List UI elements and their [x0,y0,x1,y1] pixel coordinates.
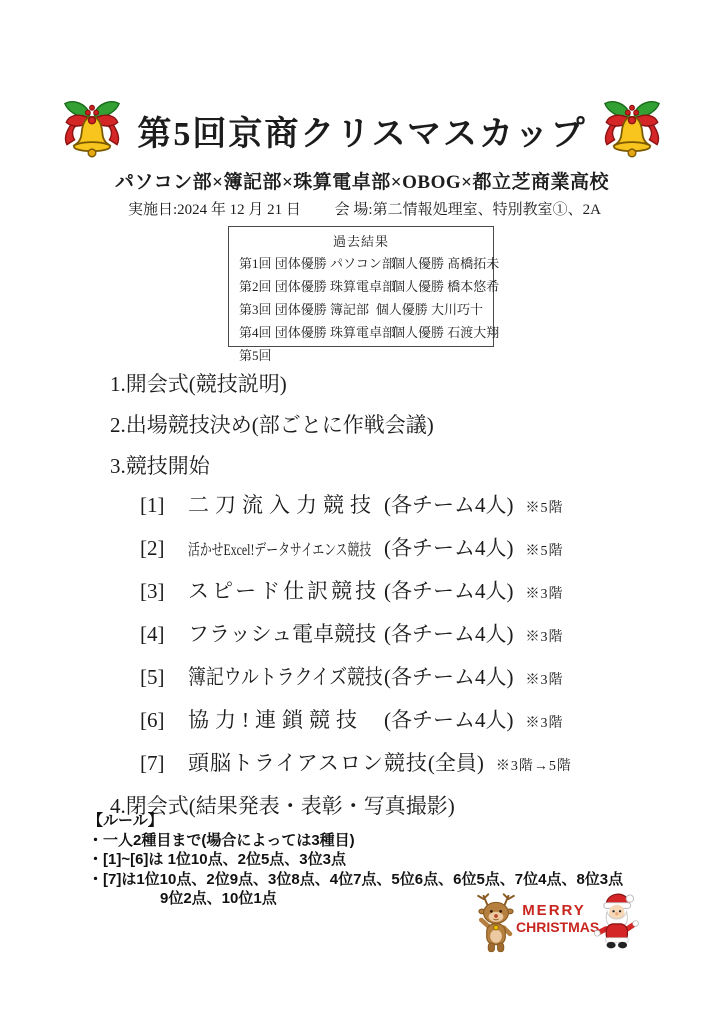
event-floor-note: ※3階 [526,713,564,735]
event-team: (各チーム4人) [384,666,514,688]
result-individual: 個人優勝 石渡大翔 [392,321,499,344]
event-number: [3] [140,580,188,602]
result-individual: 個人優勝 橋本悠希 [392,275,499,298]
event-row: [2] 活かせExcel!データサイエンス競技 (各チーム4人) ※5階 [140,537,572,563]
event-row: [1] 二刀流入力競技 (各チーム4人) ※5階 [140,494,572,520]
result-team: 第5回 [239,344,392,367]
venue-label: 会 場:第二情報処理室、特別教室①、2A [335,202,601,218]
past-results-title: 過去結果 [239,232,483,252]
event-floor-note: ※3階 [526,670,564,692]
rules-heading: 【ルール】 [88,811,623,831]
result-row: 第4回 団体優勝 珠算電卓部 個人優勝 石渡大翔 [239,321,483,344]
event-floor-note: ※5階 [526,541,564,563]
event-row: [7] 頭脳トライアスロン競技 (全員) ※3階→5階 [140,752,572,778]
event-row: [6] 協力!連鎖競技 (各チーム4人) ※3階 [140,709,572,735]
result-team: 第1回 団体優勝 パソコン部 [239,252,392,275]
result-row: 第3回 団体優勝 簿記部 個人優勝 大川巧十 [239,298,483,321]
program-item: 3.競技開始 [110,455,572,477]
subtitle: パソコン部×簿記部×珠算電卓部×OBOG×都立芝商業高校 [0,167,724,194]
result-row: 第2回 団体優勝 珠算電卓部 個人優勝 橋本悠希 [239,275,483,298]
program-list: 1.開会式(競技説明) 2.出場競技決め(部ごとに作戦会議) 3.競技開始 [1… [110,368,572,817]
event-row: [3] スピード仕訳競技 (各チーム4人) ※3階 [140,580,572,606]
event-number: [5] [140,666,188,688]
bell-holly-icon [597,98,667,162]
event-row: [4] フラッシュ電卓競技 (各チーム4人) ※3階 [140,623,572,649]
event-number: [1] [140,494,188,516]
event-team: (各チーム4人) [384,623,514,645]
event-list: [1] 二刀流入力競技 (各チーム4人) ※5階 [2] 活かせExcel!デー… [140,494,572,778]
rule-line: ・[1]~[6]は 1位10点、2位5点、3位3点 [88,850,623,870]
event-name: フラッシュ電卓競技 [188,623,384,645]
christmas-decoration: MERRY CHRISTMAS [466,886,644,958]
event-name: 簿記ウルトラクイズ競技 [188,666,384,688]
result-team: 第2回 団体優勝 珠算電卓部 [239,275,392,298]
page-title: 第5回京商クリスマスカップ [137,106,586,155]
date-venue-row: 実施日:2024 年 12 月 21 日 会 場:第二情報処理室、特別教室①、2… [128,198,601,219]
result-row: 第5回 [239,344,483,367]
christmas-text: CHRISTMAS [516,919,592,936]
event-name: 協力!連鎖競技 [188,709,384,731]
event-row: [5] 簿記ウルトラクイズ競技 (各チーム4人) ※3階 [140,666,572,692]
result-team: 第4回 団体優勝 珠算電卓部 [239,321,392,344]
result-team: 第3回 団体優勝 簿記部 [239,298,376,321]
title-row: 第5回京商クリスマスカップ [0,98,724,162]
event-number: [7] [140,752,188,774]
event-number: [4] [140,623,188,645]
event-floor-note: ※3階→5階 [496,756,572,778]
date-label: 実施日:2024 年 12 月 21 日 [128,202,301,218]
result-row: 第1回 団体優勝 パソコン部 個人優勝 髙橋拓未 [239,252,483,275]
santa-icon [592,888,640,950]
event-name: 二刀流入力競技 [188,494,384,516]
event-team: (各チーム4人) [384,494,514,516]
event-floor-note: ※3階 [526,627,564,649]
event-floor-note: ※3階 [526,584,564,606]
event-team: (各チーム4人) [384,580,514,602]
event-name: 活かせExcel!データサイエンス競技 [188,537,384,562]
event-team: (各チーム4人) [384,537,514,559]
event-number: [6] [140,709,188,731]
event-name: スピード仕訳競技 [188,580,384,602]
event-team: (各チーム4人) [384,709,514,731]
program-item: 2.出場競技決め(部ごとに作戦会議) [110,414,572,436]
event-team: (全員) [428,752,484,774]
event-floor-note: ※5階 [526,498,564,520]
rule-line: ・一人2種目まで(場合によっては3種目) [88,831,623,851]
event-number: [2] [140,537,188,559]
result-individual: 個人優勝 髙橋拓未 [392,252,499,275]
past-results-box: 過去結果 第1回 団体優勝 パソコン部 個人優勝 髙橋拓未 第2回 団体優勝 珠… [228,226,494,347]
program-item: 1.開会式(競技説明) [110,373,572,395]
result-individual: 個人優勝 大川巧十 [376,298,483,321]
bell-holly-icon [57,98,127,162]
event-name: 頭脳トライアスロン競技 [188,752,428,774]
merry-text: MERRY [516,902,592,919]
reindeer-icon [472,892,520,954]
merry-christmas-text: MERRY CHRISTMAS [516,902,592,936]
flyer-page: 第5回京商クリスマスカップ パソコン部×簿記部×珠算電卓部×OBOG×都立芝商業… [0,0,724,1024]
